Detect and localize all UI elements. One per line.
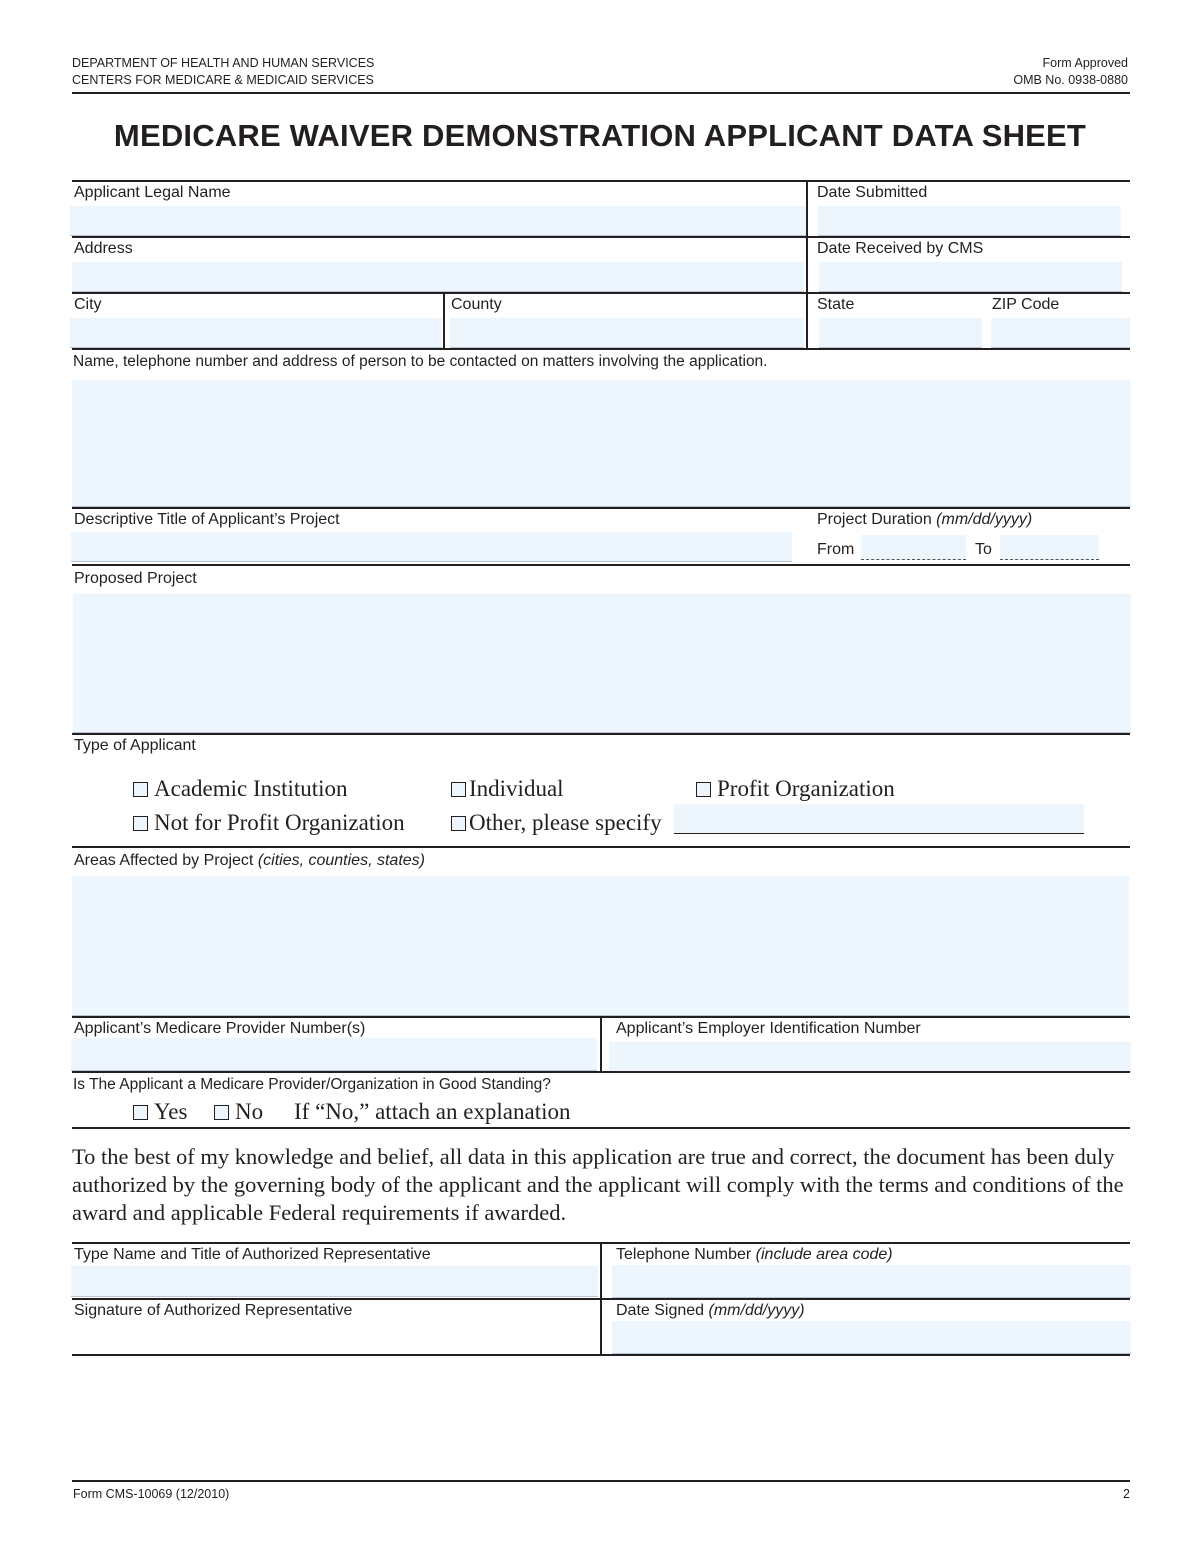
option-academic-institution[interactable]: Academic Institution [133,776,348,802]
contact-label: Name, telephone number and address of pe… [73,353,768,371]
checkbox-icon[interactable] [451,782,466,797]
other-specify-input[interactable] [674,804,1084,834]
checkbox-icon[interactable] [133,816,148,831]
no-label: No [235,1099,263,1125]
column-divider [806,180,808,350]
state-input[interactable] [819,318,982,348]
date-signed-hint: (mm/dd/yyyy) [709,1302,805,1319]
date-signed-text: Date Signed [616,1302,704,1319]
project-duration-label: Project Duration (mm/dd/yyyy) [817,511,1032,529]
option-individual[interactable]: Individual [451,776,564,802]
rep-name-label: Type Name and Title of Authorized Repres… [74,1246,431,1264]
divider [72,292,1130,294]
checkbox-icon[interactable] [133,782,148,797]
ein-label: Applicant’s Employer Identification Numb… [616,1020,921,1038]
from-label: From [817,541,854,559]
duration-to-input[interactable] [1000,535,1099,560]
option-not-for-profit[interactable]: Not for Profit Organization [133,810,405,836]
areas-affected-text: Areas Affected by Project [74,852,253,869]
rep-name-input[interactable] [71,1266,598,1297]
areas-affected-hint: (cities, counties, states) [258,852,425,869]
page-title: MEDICARE WAIVER DEMONSTRATION APPLICANT … [0,118,1200,154]
divider [72,1354,1130,1356]
proposed-project-textarea[interactable] [73,594,1131,733]
page-number: 2 [1123,1487,1130,1501]
areas-affected-label: Areas Affected by Project (cities, count… [74,852,425,870]
yes-label: Yes [154,1099,187,1125]
option-label: Academic Institution [154,776,348,802]
checkbox-icon[interactable] [696,782,711,797]
to-label: To [975,541,992,559]
date-submitted-label: Date Submitted [817,184,927,202]
legal-name-label: Applicant Legal Name [74,184,231,202]
city-label: City [74,296,102,314]
option-label: Individual [469,776,564,802]
date-signed-label: Date Signed (mm/dd/yyyy) [616,1302,805,1320]
checkbox-icon[interactable] [133,1105,148,1120]
option-profit-organization[interactable]: Profit Organization [696,776,895,802]
form-id: Form CMS-10069 (12/2010) [73,1487,229,1501]
address-input[interactable] [72,262,804,292]
project-duration-hint: (mm/dd/yyyy) [936,511,1032,528]
divider [72,564,1130,566]
omb-approval: Form Approved OMB No. 0938-0880 [1013,55,1128,89]
contact-textarea[interactable] [72,380,1131,507]
agency-line-2: CENTERS FOR MEDICARE & MEDICAID SERVICES [72,72,374,89]
good-standing-no[interactable]: No [214,1099,263,1125]
date-submitted-input[interactable] [818,206,1121,236]
date-received-input[interactable] [819,262,1122,292]
omb-number: OMB No. 0938-0880 [1013,72,1128,89]
divider [72,733,1130,735]
date-signed-input[interactable] [612,1321,1131,1354]
divider [72,348,1130,350]
applicant-type-label: Type of Applicant [74,737,196,755]
areas-affected-textarea[interactable] [72,876,1129,1016]
certification-statement: To the best of my knowledge and belief, … [72,1143,1142,1227]
checkbox-icon[interactable] [214,1105,229,1120]
option-label: Profit Organization [717,776,895,802]
telephone-hint: (include area code) [756,1246,893,1263]
good-standing-yes[interactable]: Yes [133,1099,187,1125]
signature-area[interactable] [72,1322,598,1354]
signature-label: Signature of Authorized Representative [74,1302,352,1320]
good-standing-label: Is The Applicant a Medicare Provider/Org… [73,1076,551,1094]
checkbox-icon[interactable] [451,816,466,831]
project-title-input[interactable] [71,532,792,562]
telephone-input[interactable] [612,1265,1131,1298]
divider [72,1298,1130,1300]
legal-name-input[interactable] [70,206,806,236]
column-divider [443,292,445,350]
project-duration-text: Project Duration [817,511,932,528]
project-title-label: Descriptive Title of Applicant’s Project [74,511,340,529]
divider [72,507,1130,509]
zip-input[interactable] [991,318,1130,348]
date-received-label: Date Received by CMS [817,240,983,258]
proposed-project-label: Proposed Project [74,570,197,588]
duration-from-input[interactable] [861,535,966,560]
provider-numbers-input[interactable] [71,1038,597,1071]
county-label: County [451,296,502,314]
divider [72,1071,1130,1073]
divider [72,180,1130,182]
divider [72,1127,1130,1129]
telephone-label: Telephone Number (include area code) [616,1246,893,1264]
ein-input[interactable] [609,1042,1131,1072]
provider-numbers-label: Applicant’s Medicare Provider Number(s) [74,1020,365,1038]
good-standing-note: If “No,” attach an explanation [294,1099,571,1125]
column-divider [600,1016,602,1072]
option-other[interactable]: Other, please specify [451,810,662,836]
option-label: Not for Profit Organization [154,810,405,836]
form-approved-text: Form Approved [1013,55,1128,72]
city-input[interactable] [70,318,442,348]
county-input[interactable] [450,318,804,348]
divider [72,236,1130,238]
agency-header: DEPARTMENT OF HEALTH AND HUMAN SERVICES … [72,55,374,89]
zip-label: ZIP Code [992,296,1059,314]
footer-divider [72,1480,1130,1482]
divider [72,846,1130,848]
header-divider [72,92,1130,94]
telephone-text: Telephone Number [616,1246,751,1263]
option-label: Other, please specify [469,810,662,836]
state-label: State [817,296,854,314]
agency-line-1: DEPARTMENT OF HEALTH AND HUMAN SERVICES [72,55,374,72]
address-label: Address [74,240,133,258]
